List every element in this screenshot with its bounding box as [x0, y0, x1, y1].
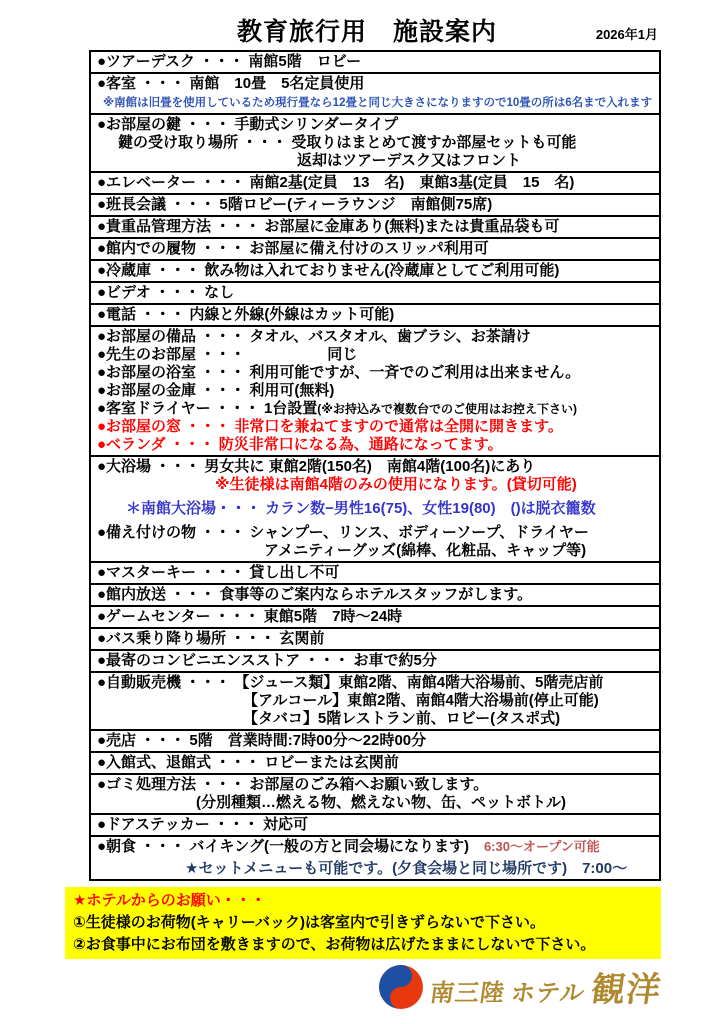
row-line: ●お部屋の金庫 ・・・ 利用可(無料) — [97, 382, 653, 400]
text-segment: ●バス乗り降り場所 ・・・ 玄関前 — [97, 630, 324, 647]
text-segment: ●大浴場 ・・・ 男女共に 東館2階(150名) 南館4階(100名)にあり — [97, 458, 535, 475]
facility-info-table: ●ツアーデスク ・・・ 南館5階 ロビー●客室 ・・・ 南館 10畳 5名定員使… — [89, 50, 661, 881]
table-row: ●エレベーター ・・・ 南館2基(定員 13 名) 東館3基(定員 15 名) — [91, 173, 659, 195]
text-segment: 鍵の受け取り場所 ・・・ 受取りはまとめて渡すか部屋セットも可能 — [118, 134, 576, 151]
text-segment: ●マスターキー ・・・ 貸し出し不可 — [97, 564, 339, 581]
table-row: ●最寄のコンビニエンスストア ・・・ お車で約5分 — [91, 651, 659, 673]
text-segment: ●ドアステッカー ・・・ 対応可 — [97, 816, 308, 833]
table-row: ●自動販売機 ・・・ 【ジュース類】東館2階、南館4階大浴場前、5階売店前【アル… — [91, 673, 659, 731]
row-line: ●ビデオ ・・・ なし — [97, 284, 653, 302]
notice-item-2: ②お食事中にお布団を敷きますので、お荷物は広げたままにしないで下さい。 — [73, 934, 653, 956]
table-row: ●お部屋の備品 ・・・ タオル、バスタオル、歯ブラシ、お茶請け●先生のお部屋 ・… — [91, 327, 659, 457]
text-segment: ＊南館大浴場・・・ カラン数−男性16(75)、女性19(80) ()は脱衣籠数 — [126, 500, 596, 517]
row-line: ●貴重品管理方法 ・・・ お部屋に金庫あり(無料)または貴重品袋も可 — [97, 218, 653, 236]
row-line: ★セットメニューも可能です。(夕食会場と同じ場所です) 7:00～ — [97, 860, 653, 878]
text-segment: アメニティーグッズ(綿棒、化粧品、キャップ等) — [264, 542, 586, 559]
row-line: ●班長会議 ・・・ 5階ロビー(ティーラウンジ 南館側75席) — [97, 196, 653, 214]
row-line: ●冷蔵庫 ・・・ 飲み物は入れておりません(冷蔵庫としてご利用可能) — [97, 262, 653, 280]
text-segment: 同じ — [327, 346, 357, 363]
text-segment: ●ツアーデスク ・・・ 南館5階 ロビー — [97, 53, 361, 70]
text-segment: ●客室 ・・・ 南館 10畳 5名定員使用 — [97, 75, 364, 92]
text-segment: ●班長会議 ・・・ 5階ロビー(ティーラウンジ 南館側75席) — [97, 196, 492, 213]
text-segment: 【タバコ】5階レストラン前、ロビー(タスポ式) — [243, 710, 560, 727]
text-segment: (分別種類…燃える物、燃えない物、缶、ペットボトル) — [196, 794, 566, 811]
text-segment: ●最寄のコンビニエンスストア ・・・ お車で約5分 — [97, 652, 437, 669]
row-line: 【アルコール】東館2階、南館4階大浴場前(停止可能) — [97, 692, 653, 710]
text-segment: ●貴重品管理方法 ・・・ お部屋に金庫あり(無料)または貴重品袋も可 — [97, 218, 559, 235]
hotel-logo-text: 南三陸 ホテル 観洋 — [428, 962, 666, 1011]
text-segment: ●ゴミ処理方法 ・・・ お部屋のごみ箱へお願い致します。 — [97, 776, 488, 793]
row-line: ●自動販売機 ・・・ 【ジュース類】東館2階、南館4階大浴場前、5階売店前 — [97, 674, 653, 692]
text-segment: ※南館は旧畳を使用しているため現行畳なら12畳と同じ大きさになりますので10畳の… — [103, 97, 652, 109]
text-segment: ★セットメニューも可能です。(夕食会場と同じ場所です) 7:00～ — [185, 860, 627, 877]
text-segment: ●自動販売機 ・・・ 【ジュース類】東館2階、南館4階大浴場前、5階売店前 — [97, 674, 603, 691]
text-segment: ●館内での履物 ・・・ お部屋に備え付けのスリッパ利用可 — [97, 240, 489, 257]
row-line: ●朝食 ・・・ バイキング(一般の方と同会場になります) 6:30～オープン可能 — [97, 838, 653, 856]
table-row: ●貴重品管理方法 ・・・ お部屋に金庫あり(無料)または貴重品袋も可 — [91, 217, 659, 239]
table-row: ●ドアステッカー ・・・ 対応可 — [91, 815, 659, 837]
logo-region-label: 南三陸 — [428, 973, 508, 1008]
row-line: ●ツアーデスク ・・・ 南館5階 ロビー — [97, 53, 653, 71]
table-row: ●客室 ・・・ 南館 10畳 5名定員使用※南館は旧畳を使用しているため現行畳な… — [91, 74, 659, 115]
row-line: ●最寄のコンビニエンスストア ・・・ お車で約5分 — [97, 652, 653, 670]
row-line: (分別種類…燃える物、燃えない物、缶、ペットボトル) — [97, 794, 653, 812]
text-segment: ※生徒様は南館4階のみの使用になります。(貸切可能) — [215, 476, 577, 493]
table-row: ●売店 ・・・ 5階 営業時間:7時00分～22時00分 — [91, 731, 659, 753]
row-line: ●エレベーター ・・・ 南館2基(定員 13 名) 東館3基(定員 15 名) — [97, 174, 653, 192]
row-line: ●館内放送 ・・・ 食事等のご案内ならホテルスタッフがします。 — [97, 586, 653, 604]
row-line: ●先生のお部屋 ・・・同じ — [97, 346, 653, 364]
table-row: ●冷蔵庫 ・・・ 飲み物は入れておりません(冷蔵庫としてご利用可能) — [91, 261, 659, 283]
row-line: ●売店 ・・・ 5階 営業時間:7時00分～22時00分 — [97, 732, 653, 750]
date-label: 2026年1月 — [596, 24, 658, 43]
text-segment: ●お部屋の浴室 ・・・ 利用可能ですが、一斉でのご利用は出来ません。 — [97, 364, 580, 381]
row-line: ●ドアステッカー ・・・ 対応可 — [97, 816, 653, 834]
table-row: ●お部屋の鍵 ・・・ 手動式シリンダータイプ鍵の受け取り場所 ・・・ 受取りはま… — [91, 115, 659, 173]
text-segment: ●備え付けの物 ・・・ シャンプー、リンス、ボディーソープ、ドライヤー — [97, 524, 589, 541]
notice-item-1: ①生徒様のお荷物(キャリーバック)は客室内で引きずらないで下さい。 — [73, 912, 653, 934]
row-line: ●電話 ・・・ 内線と外線(外線はカット可能) — [97, 306, 653, 324]
row-line: ※生徒様は南館4階のみの使用になります。(貸切可能) — [97, 476, 653, 494]
text-segment: ●お部屋の金庫 ・・・ 利用可(無料) — [97, 382, 334, 399]
text-segment: ●お部屋の鍵 ・・・ 手動式シリンダータイプ — [97, 116, 398, 133]
text-segment: ●電話 ・・・ 内線と外線(外線はカット可能) — [97, 306, 394, 323]
row-line: ＊南館大浴場・・・ カラン数−男性16(75)、女性19(80) ()は脱衣籠数 — [97, 500, 653, 518]
text-segment: ●冷蔵庫 ・・・ 飲み物は入れておりません(冷蔵庫としてご利用可能) — [97, 262, 559, 279]
row-line: ●大浴場 ・・・ 男女共に 東館2階(150名) 南館4階(100名)にあり — [97, 458, 653, 476]
row-line: ●バス乗り降り場所 ・・・ 玄関前 — [97, 630, 653, 648]
row-line: 鍵の受け取り場所 ・・・ 受取りはまとめて渡すか部屋セットも可能 — [97, 134, 653, 152]
row-line: 返却はツアーデスク又はフロント — [97, 152, 653, 170]
table-row: ●館内での履物 ・・・ お部屋に備え付けのスリッパ利用可 — [91, 239, 659, 261]
row-line: ●館内での履物 ・・・ お部屋に備え付けのスリッパ利用可 — [97, 240, 653, 258]
table-row: ●朝食 ・・・ バイキング(一般の方と同会場になります) 6:30～オープン可能… — [91, 837, 659, 879]
row-line: ●入館式、退館式 ・・・ ロビーまたは玄関前 — [97, 754, 653, 772]
text-segment: ●入館式、退館式 ・・・ ロビーまたは玄関前 — [97, 754, 399, 771]
row-line: ●ベランダ ・・・ 防災非常口になる為、通路になってます。 — [97, 436, 653, 454]
text-segment: ●売店 ・・・ 5階 営業時間:7時00分～22時00分 — [97, 732, 426, 749]
row-line: アメニティーグッズ(綿棒、化粧品、キャップ等) — [97, 542, 653, 560]
table-row: ●入館式、退館式 ・・・ ロビーまたは玄関前 — [91, 753, 659, 775]
row-line: ●客室 ・・・ 南館 10畳 5名定員使用 — [97, 75, 653, 93]
row-line: ●お部屋の窓 ・・・ 非常口を兼ねてますので通常は全開に開きます。 — [97, 418, 653, 436]
hotel-logo: 南三陸 ホテル 観洋 — [0, 962, 724, 1011]
logo-name-label: 観洋 — [589, 962, 666, 1011]
text-segment: ●ゲームセンター ・・・ 東館5階 7時～24時 — [97, 608, 402, 625]
text-segment: ●ベランダ ・・・ 防災非常口になる為、通路になってます。 — [97, 436, 503, 453]
row-line: ●マスターキー ・・・ 貸し出し不可 — [97, 564, 653, 582]
text-segment: ●客室ドライヤー ・・・ 1台設置 — [97, 400, 317, 417]
table-row: ●ツアーデスク ・・・ 南館5階 ロビー — [91, 52, 659, 74]
table-row: ●ビデオ ・・・ なし — [91, 283, 659, 305]
page-header: 教育旅行用 施設案内 2026年1月 — [0, 0, 724, 48]
text-segment: ●ビデオ ・・・ なし — [97, 284, 234, 301]
row-line: ●客室ドライヤー ・・・ 1台設置(※お持込みで複数台でのご使用はお控え下さい) — [97, 400, 653, 418]
text-segment: (※お持込みで複数台でのご使用はお控え下さい) — [317, 402, 577, 416]
table-row: ●館内放送 ・・・ 食事等のご案内ならホテルスタッフがします。 — [91, 585, 659, 607]
text-segment: 返却はツアーデスク又はフロント — [297, 152, 521, 169]
row-line: 【タバコ】5階レストラン前、ロビー(タスポ式) — [97, 710, 653, 728]
text-segment: ●朝食 ・・・ バイキング(一般の方と同会場になります) — [97, 838, 484, 855]
row-line: ●ゴミ処理方法 ・・・ お部屋のごみ箱へお願い致します。 — [97, 776, 653, 794]
row-line: ※南館は旧畳を使用しているため現行畳なら12畳と同じ大きさになりますので10畳の… — [97, 93, 653, 112]
hotel-logo-mark-icon — [378, 964, 424, 1010]
table-row: ●電話 ・・・ 内線と外線(外線はカット可能) — [91, 305, 659, 327]
row-line: ●お部屋の鍵 ・・・ 手動式シリンダータイプ — [97, 116, 653, 134]
logo-hotel-label: ホテル — [509, 973, 588, 1008]
table-row: ●マスターキー ・・・ 貸し出し不可 — [91, 563, 659, 585]
text-segment: ●館内放送 ・・・ 食事等のご案内ならホテルスタッフがします。 — [97, 586, 532, 603]
notice-heading: ★ホテルからのお願い・・・ — [73, 890, 653, 912]
text-segment: ●お部屋の備品 ・・・ タオル、バスタオル、歯ブラシ、お茶請け — [97, 328, 531, 345]
row-line: ●備え付けの物 ・・・ シャンプー、リンス、ボディーソープ、ドライヤー — [97, 524, 653, 542]
text-segment: 6:30～オープン可能 — [484, 839, 600, 854]
table-row: ●ゴミ処理方法 ・・・ お部屋のごみ箱へお願い致します。(分別種類…燃える物、燃… — [91, 775, 659, 815]
text-segment: 【アルコール】東館2階、南館4階大浴場前(停止可能) — [243, 692, 599, 709]
hotel-request-notice: ★ホテルからのお願い・・・ ①生徒様のお荷物(キャリーバック)は客室内で引きずら… — [65, 887, 661, 959]
table-row: ●バス乗り降り場所 ・・・ 玄関前 — [91, 629, 659, 651]
row-line: ●ゲームセンター ・・・ 東館5階 7時～24時 — [97, 608, 653, 626]
table-row: ●班長会議 ・・・ 5階ロビー(ティーラウンジ 南館側75席) — [91, 195, 659, 217]
text-segment: ●お部屋の窓 ・・・ 非常口を兼ねてますので通常は全開に開きます。 — [97, 418, 563, 435]
text-segment: ●先生のお部屋 ・・・ — [97, 346, 245, 363]
table-row: ●大浴場 ・・・ 男女共に 東館2階(150名) 南館4階(100名)にあり※生… — [91, 457, 659, 563]
row-line: ●お部屋の備品 ・・・ タオル、バスタオル、歯ブラシ、お茶請け — [97, 328, 653, 346]
table-row: ●ゲームセンター ・・・ 東館5階 7時～24時 — [91, 607, 659, 629]
text-segment: ●エレベーター ・・・ 南館2基(定員 13 名) 東館3基(定員 15 名) — [97, 174, 574, 191]
row-line: ●お部屋の浴室 ・・・ 利用可能ですが、一斉でのご利用は出来ません。 — [97, 364, 653, 382]
